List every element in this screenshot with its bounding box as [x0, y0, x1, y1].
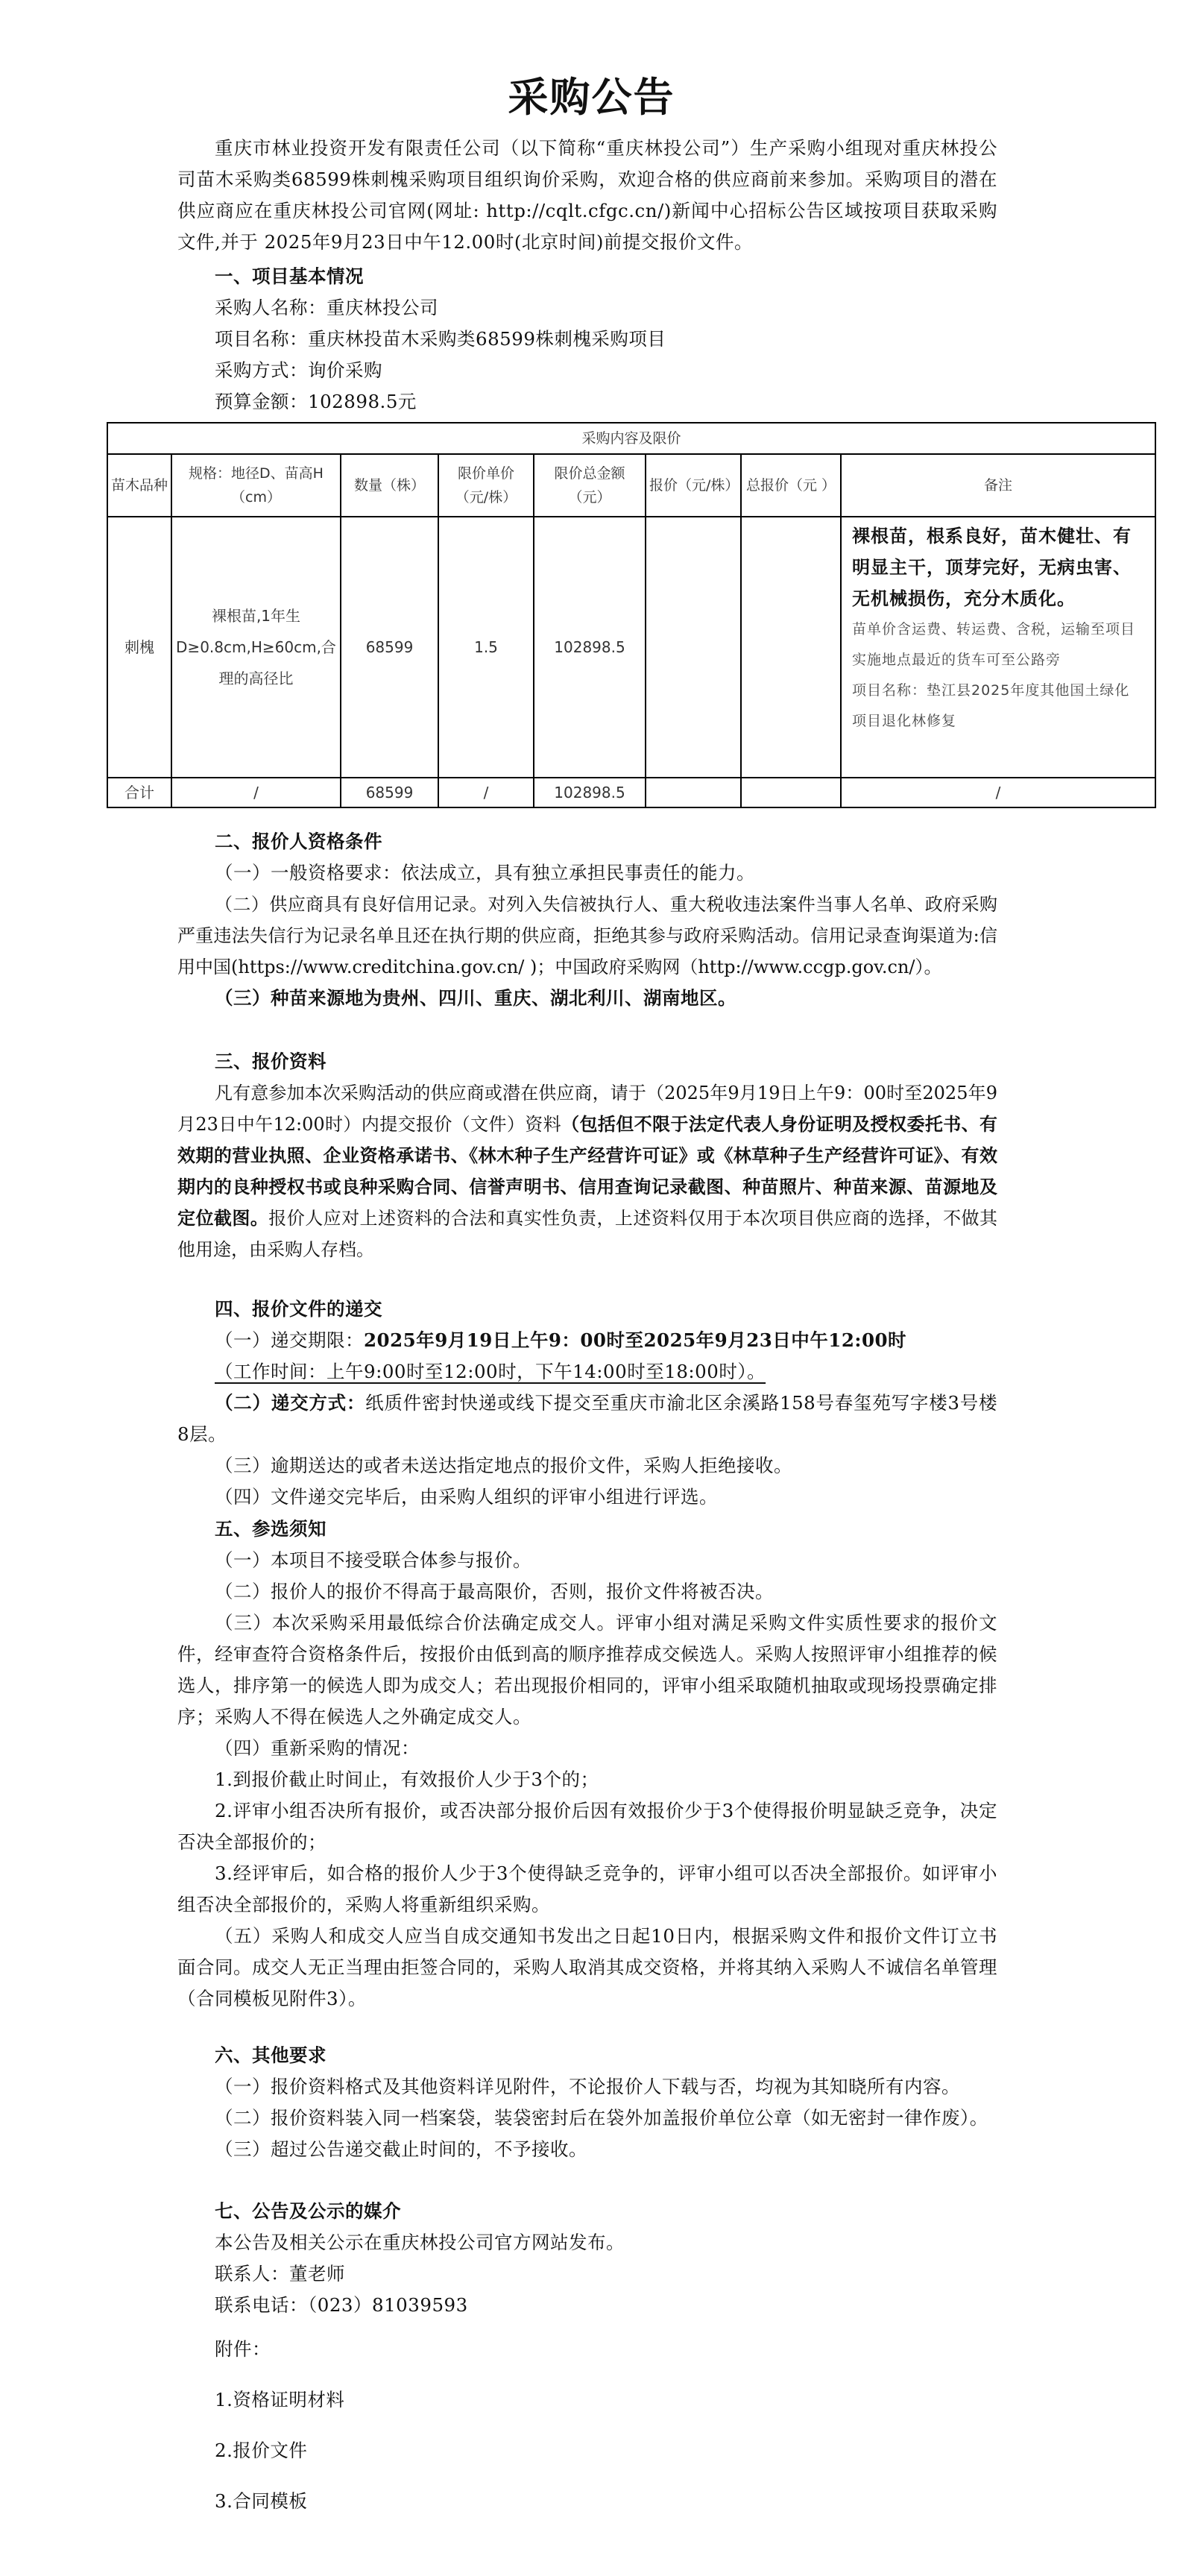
section-6-p1: （一）报价资料格式及其他资料详见附件，不论报价人下载与否，均视为其知晓所有内容。: [177, 2071, 997, 2103]
total-quantity: 68599: [341, 778, 438, 807]
attachment-item[interactable]: 1.资格证明材料: [177, 2384, 997, 2416]
method-label: （二）递交方式：: [215, 1392, 365, 1414]
table-header-row: 苗木品种 规格：地径D、苗高H（cm） 数量（株） 限价单价（元/株） 限价总金…: [107, 454, 1155, 517]
section-5-p2: （二）报价人的报价不得高于最高限价，否则，报价文件将被否决。: [177, 1576, 997, 1607]
section-1: 一、项目基本情况 采购人名称：重庆林投公司 项目名称：重庆林投苗木采购类6859…: [177, 261, 997, 418]
procurement-table: 采购内容及限价 苗木品种 规格：地径D、苗高H（cm） 数量（株） 限价单价（元…: [107, 422, 1156, 808]
table-total-row: 合计 / 68599 / 102898.5 /: [107, 778, 1155, 807]
table-caption: 采购内容及限价: [107, 423, 1155, 454]
section-6: 六、其他要求 （一）报价资料格式及其他资料详见附件，不论报价人下载与否，均视为其…: [177, 2040, 997, 2165]
header-total-limit: 限价总金额（元）: [534, 454, 646, 517]
section-2: 二、报价人资格条件 （一）一般资格要求：依法成立，具有独立承担民事责任的能力。 …: [177, 826, 997, 1014]
section-3: 三、报价资料 凡有意参加本次采购活动的供应商或潜在供应商，请于（2025年9月1…: [177, 1046, 997, 1265]
section-4-heading: 四、报价文件的递交: [177, 1294, 997, 1325]
purchaser: 采购人名称：重庆林投公司: [177, 292, 997, 324]
section-4-late: （三）逾期送达的或者未送达指定地点的报价文件，采购人拒绝接收。: [177, 1450, 997, 1481]
table-caption-row: 采购内容及限价: [107, 423, 1155, 454]
section-2-origin: （三）种苗来源地为贵州、四川、重庆、湖北利川、湖南地区。: [177, 983, 997, 1014]
total-spec: /: [171, 778, 341, 807]
section-7: 七、公告及公示的媒介 本公告及相关公示在重庆林投公司官方网站发布。 联系人：董老…: [177, 2196, 997, 2321]
section-4-review: （四）文件递交完毕后，由采购人组织的评审小组进行评选。: [177, 1481, 997, 1513]
budget-amount: 预算金额：102898.5元: [177, 386, 997, 418]
total-label: 合计: [107, 778, 171, 807]
section-4-deadline: （一）递交期限：2025年9月19日上午9：00时至2025年9月23日中午12…: [177, 1325, 997, 1356]
table-row: 刺槐 裸根苗,1年生D≥0.8cm,H≥60cm,合理的高径比 68599 1.…: [107, 517, 1155, 778]
attachments-label: 附件：: [177, 2334, 997, 2365]
section-3-heading: 三、报价资料: [177, 1046, 997, 1077]
section-2-heading: 二、报价人资格条件: [177, 826, 997, 857]
remark-quality: 裸根苗，根系良好，苗木健壮、有明显主干，顶芽完好，无病虫害、无机械损伤，充分木质…: [852, 520, 1144, 614]
section-3-body: 凡有意参加本次采购活动的供应商或潜在供应商，请于（2025年9月19日上午9：0…: [177, 1077, 997, 1265]
section-5-p4-1: 1.到报价截止时间止，有效报价人少于3个的；: [177, 1764, 997, 1795]
deadline-label: （一）递交期限：: [215, 1329, 364, 1351]
section-5-p3: （三）本次采购采用最低综合价法确定成交人。评审小组对满足采购文件实质性要求的报价…: [177, 1607, 997, 1733]
section-7-media: 本公告及相关公示在重庆林投公司官方网站发布。: [177, 2227, 997, 2258]
working-hours: （工作时间：上午9:00时至12:00时，下午14:00时至18:00时）。: [215, 1361, 766, 1382]
header-remark: 备注: [841, 454, 1155, 517]
section-4-method: （二）递交方式：纸质件密封快递或线下提交至重庆市渝北区余溪路158号春玺苑写字楼…: [177, 1388, 997, 1450]
intro: 重庆市林业投资开发有限责任公司（以下简称“重庆林投公司”）生产采购小组现对重庆林…: [177, 133, 997, 258]
total-remark: /: [841, 778, 1155, 807]
section-5-p4-3: 3.经评审后，如合格的报价人少于3个使得缺乏竞争的，评审小组可以否决全部报价。如…: [177, 1858, 997, 1921]
project-name: 项目名称：重庆林投苗木采购类68599株刺槐采购项目: [177, 324, 997, 355]
total-unit-limit: /: [438, 778, 534, 807]
section-7-heading: 七、公告及公示的媒介: [177, 2196, 997, 2227]
section-5-p1: （一）本项目不接受联合体参与报价。: [177, 1545, 997, 1576]
header-quote: 报价（元/株）: [646, 454, 741, 517]
contact-person: 联系人：董老师: [177, 2258, 997, 2290]
header-total-quote: 总报价（元 ）: [741, 454, 841, 517]
total-quote: [646, 778, 741, 807]
section-6-p2: （二）报价资料装入同一档案袋，装袋密封后在袋外加盖报价单位公章（如无密封一律作废…: [177, 2103, 997, 2134]
cell-remark: 裸根苗，根系良好，苗木健壮、有明显主干，顶芽完好，无病虫害、无机械损伤，充分木质…: [841, 517, 1155, 778]
section-2-general: （一）一般资格要求：依法成立，具有独立承担民事责任的能力。: [177, 857, 997, 889]
attachments: 附件： 1.资格证明材料 2.报价文件 3.合同模板: [177, 2334, 997, 2517]
cell-total-limit: 102898.5: [534, 517, 646, 778]
remark-project: 项目名称：垫江县2025年度其他国土绿化项目退化林修复: [852, 676, 1144, 737]
header-quantity: 数量（株）: [341, 454, 438, 517]
section-1-heading: 一、项目基本情况: [177, 261, 997, 292]
procurement-method: 采购方式：询价采购: [177, 355, 997, 386]
cell-species: 刺槐: [107, 517, 171, 778]
section-5-p4-2: 2.评审小组否决所有报价，或否决部分报价后因有效报价少于3个使得报价明显缺乏竞争…: [177, 1795, 997, 1858]
total-total-limit: 102898.5: [534, 778, 646, 807]
cell-unit-limit: 1.5: [438, 517, 534, 778]
section-5-p4: （四）重新采购的情况：: [177, 1733, 997, 1764]
cell-total-quote: [741, 517, 841, 778]
intro-paragraph: 重庆市林业投资开发有限责任公司（以下简称“重庆林投公司”）生产采购小组现对重庆林…: [177, 133, 997, 258]
header-spec: 规格：地径D、苗高H（cm）: [171, 454, 341, 517]
section-4: 四、报价文件的递交 （一）递交期限：2025年9月19日上午9：00时至2025…: [177, 1294, 997, 1513]
header-unit-limit: 限价单价（元/株）: [438, 454, 534, 517]
cell-quantity: 68599: [341, 517, 438, 778]
contact-phone: 联系电话：（023）81039593: [177, 2290, 997, 2321]
section-5-heading: 五、参选须知: [177, 1514, 997, 1545]
total-total-quote: [741, 778, 841, 807]
section-6-p3: （三）超过公告递交截止时间的，不予接收。: [177, 2134, 997, 2165]
page-title: 采购公告: [0, 66, 1183, 123]
attachment-item[interactable]: 2.报价文件: [177, 2435, 997, 2466]
cell-quote: [646, 517, 741, 778]
attachment-item[interactable]: 3.合同模板: [177, 2486, 997, 2517]
section-5: 五、参选须知 （一）本项目不接受联合体参与报价。 （二）报价人的报价不得高于最高…: [177, 1514, 997, 2015]
section-2-credit: （二）供应商具有良好信用记录。对列入失信被执行人、重大税收违法案件当事人名单、政…: [177, 889, 997, 983]
section-6-heading: 六、其他要求: [177, 2040, 997, 2071]
section-3-tail: 报价人应对上述资料的合法和真实性负责，上述资料仅用于本次项目供应商的选择，不做其…: [177, 1208, 997, 1260]
cell-spec: 裸根苗,1年生D≥0.8cm,H≥60cm,合理的高径比: [171, 517, 341, 778]
section-4-hours: （工作时间：上午9:00时至12:00时，下午14:00时至18:00时）。: [177, 1356, 997, 1388]
section-5-p5: （五）采购人和成交人应当自成交通知书发出之日起10日内，根据采购文件和报价文件订…: [177, 1921, 997, 2015]
remark-price-terms: 苗单价含运费、转运费、含税，运输至项目实施地点最近的货车可至公路旁: [852, 614, 1144, 676]
header-species: 苗木品种: [107, 454, 171, 517]
deadline-value: 2025年9月19日上午9：00时至2025年9月23日中午12:00时: [364, 1329, 906, 1351]
